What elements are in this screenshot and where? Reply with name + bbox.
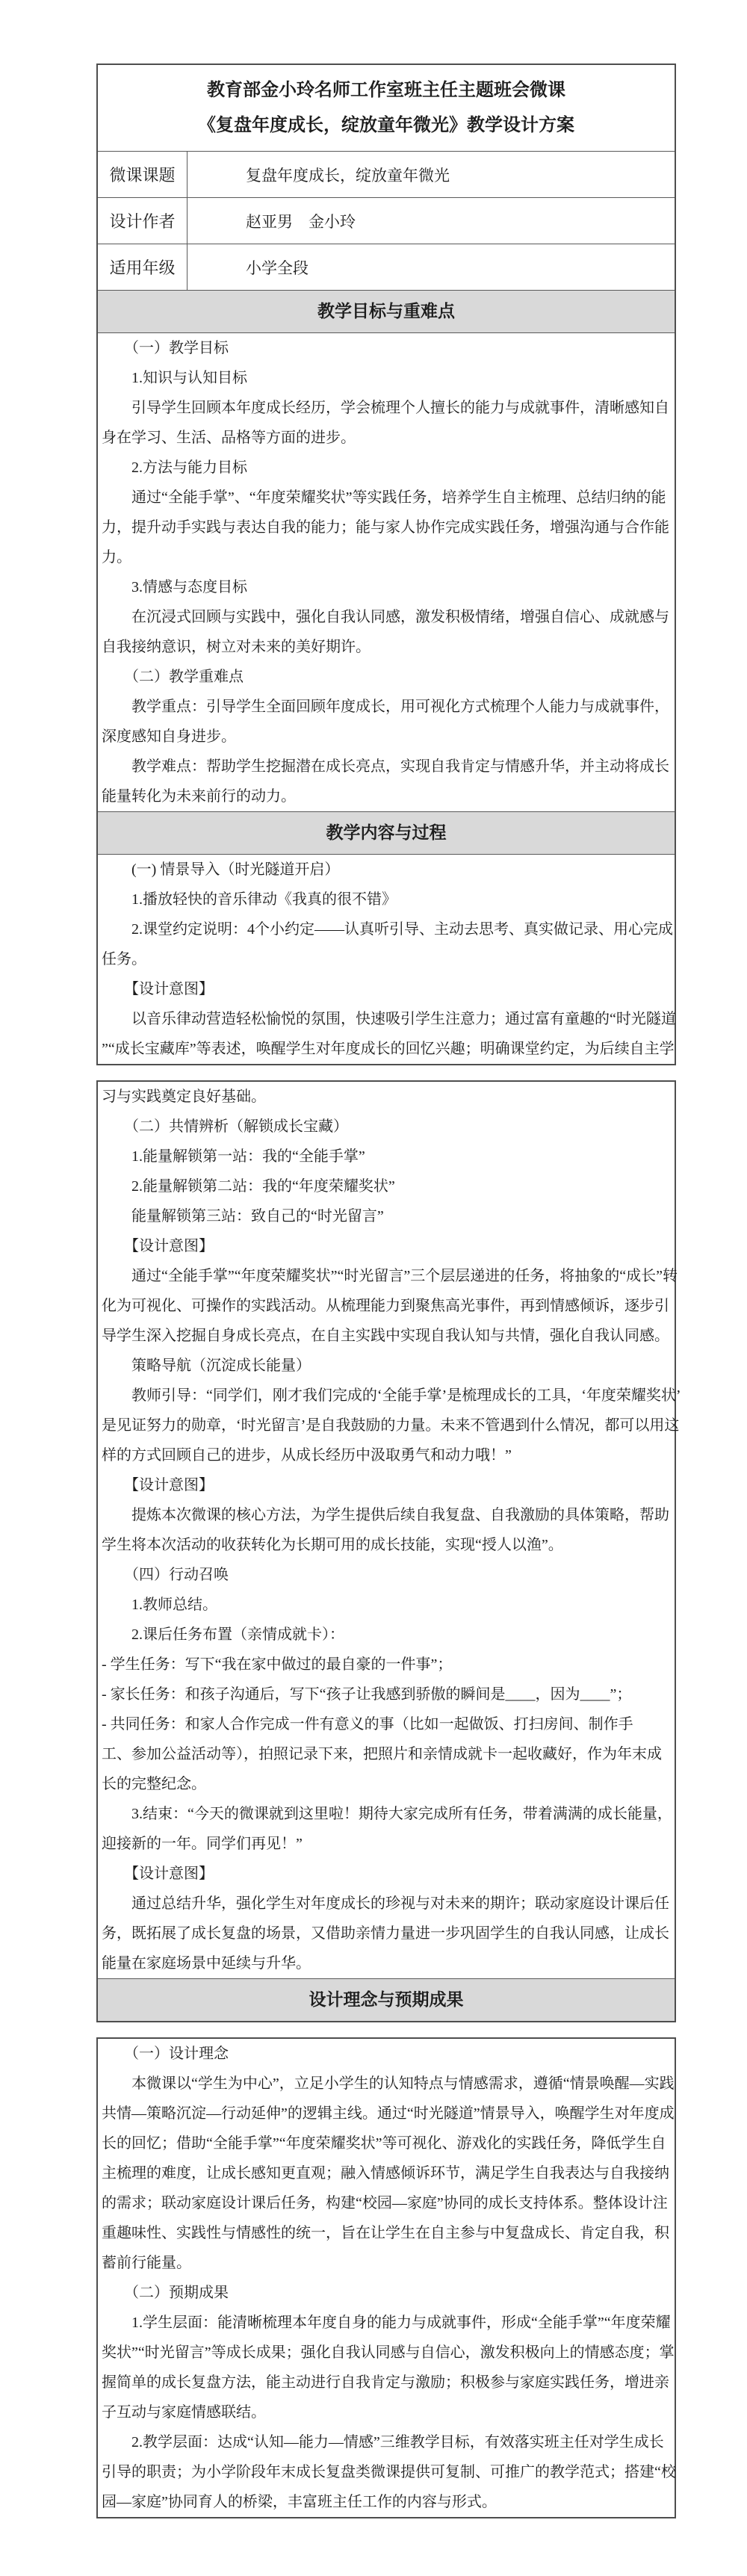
text-line: 园—家庭”协同育人的桥梁，丰富班主任工作的内容与形式。 xyxy=(102,2487,671,2517)
text-line: 长的完整纪念。 xyxy=(102,1769,671,1799)
text-line: 主梳理的难度，让成长感知更直观；融入情感倾诉环节，满足学生自我表达与自我接纳 xyxy=(102,2158,671,2188)
text-line: 在沉浸式回顾与实践中，强化自我认同感，激发积极情绪，增强自信心、成就感与 xyxy=(102,602,671,632)
text-line: 任务。 xyxy=(102,944,671,974)
text-line: 学生将本次活动的收获转化为长期可用的成长技能，实现“授人以渔”。 xyxy=(102,1530,671,1560)
text-line: 【设计意图】 xyxy=(102,1470,671,1500)
info-label-authors: 设计作者 xyxy=(98,198,187,244)
text-line: 引导学生回顾本年度成长经历，学会梳理个人擅长的能力与成就事件，清晰感知自 xyxy=(102,393,671,423)
section-header-process: 教学内容与过程 xyxy=(98,811,675,855)
section-process-body-part2: 习与实践奠定良好基础。 （二）共情辨析（解锁成长宝藏） 1.能量解锁第一站：我的… xyxy=(98,1082,675,1978)
text-line: 奖状”“时光留言”等成长成果；强化自我认同感与自信心，激发积极向上的情感态度；掌 xyxy=(102,2338,671,2368)
text-line: 2.方法与能力目标 xyxy=(102,453,671,483)
text-line: 自我接纳意识，树立对未来的美好期许。 xyxy=(102,632,671,662)
text-line: 1.学生层面：能清晰梳理本年度自身的能力与成就事件，形成“全能手掌”“年度荣耀 xyxy=(102,2308,671,2338)
text-line: 教学重点：引导学生全面回顾年度成长，用可视化方式梳理个人能力与成就事件， xyxy=(102,692,671,722)
text-line: 长的回忆；借助“全能手掌”“年度荣耀奖状”等可视化、游戏化的实践任务，降低学生自 xyxy=(102,2128,671,2158)
text-line: - 家长任务：和孩子沟通后，写下“孩子让我感到骄傲的瞬间是____，因为____… xyxy=(102,1679,671,1709)
text-line: 【设计意图】 xyxy=(102,1859,671,1889)
text-line: 能量转化为未来前行的动力。 xyxy=(102,781,671,811)
text-line: （二）共情辨析（解锁成长宝藏） xyxy=(102,1112,671,1142)
info-row-authors: 设计作者 赵亚男 金小玲 xyxy=(98,197,675,244)
text-line: 的需求；联动家庭设计课后任务，构建“校园—家庭”协同的成长支持体系。整体设计注 xyxy=(102,2188,671,2218)
text-line: 能量解锁第三站：致自己的“时光留言” xyxy=(102,1201,671,1231)
text-line: 以音乐律动营造轻松愉悦的氛围，快速吸引学生注意力；通过富有童趣的“时光隧道 xyxy=(102,1004,671,1034)
text-line: 通过“全能手掌”“年度荣耀奖状”“时光留言”三个层层递进的任务，将抽象的“成长”… xyxy=(102,1261,671,1291)
text-line: 导学生深入挖掘自身成长亮点，在自主实践中实现自我认知与共情，强化自我认同感。 xyxy=(102,1321,671,1351)
text-line: 【设计意图】 xyxy=(102,974,671,1004)
text-line: 1.播放轻快的音乐律动《我真的很不错》 xyxy=(102,885,671,914)
text-line: 【设计意图】 xyxy=(102,1231,671,1261)
text-line: 通过“全能手掌”、“年度荣耀奖状”等实践任务，培养学生自主梳理、总结归纳的能 xyxy=(102,483,671,513)
text-line: - 共同任务：和家人合作完成一件有意义的事（比如一起做饭、打扫房间、制作手 xyxy=(102,1709,671,1739)
text-line: 力。 xyxy=(102,542,671,572)
text-line: （二）教学重难点 xyxy=(102,662,671,692)
title-line-1: 教育部金小玲名师工作室班主任主题班会微课 xyxy=(98,73,675,108)
text-line: 重趣味性、实践性与情感性的统一，旨在让学生在自主参与中复盘成长、肯定自我，积 xyxy=(102,2218,671,2248)
text-line: 共情—策略沉淀—行动延伸”的逻辑主线。通过“时光隧道”情景导入，唤醒学生对年度成 xyxy=(102,2099,671,2128)
text-line: 1.教师总结。 xyxy=(102,1590,671,1620)
text-line: （四）行动召唤 xyxy=(102,1560,671,1590)
text-line: 子互动与家庭情感联结。 xyxy=(102,2397,671,2427)
text-line: 提炼本次微课的核心方法，为学生提供后续自我复盘、自我激励的具体策略，帮助 xyxy=(102,1500,671,1530)
text-line: （一）设计理念 xyxy=(102,2039,671,2069)
text-line: 策略导航（沉淀成长能量） xyxy=(102,1351,671,1381)
text-line: 2.能量解锁第二站：我的“年度荣耀奖状” xyxy=(102,1171,671,1201)
text-line: 化为可视化、可操作的实践活动。从梳理能力到聚焦高光事件，再到情感倾诉，逐步引 xyxy=(102,1291,671,1321)
text-line: 务，既拓展了成长复盘的场景，又借助亲情力量进一步巩固学生的自我认同感，让成长 xyxy=(102,1919,671,1948)
text-line: 深度感知自身进步。 xyxy=(102,722,671,752)
text-line: 是见证努力的勋章，‘时光留言’是自我鼓励的力量。未来不管遇到什么情况，都可以用这 xyxy=(102,1411,671,1440)
document-canvas: 教育部金小玲名师工作室班主任主题班会微课 《复盘年度成长，绽放童年微光》教学设计… xyxy=(0,0,747,2576)
info-row-topic: 微课课题 复盘年度成长，绽放童年微光 xyxy=(98,151,675,197)
section-header-goals: 教学目标与重难点 xyxy=(98,290,675,333)
text-line: 力，提升动手实践与表达自我的能力；能与家人协作完成实践任务，增强沟通与合作能 xyxy=(102,513,671,542)
text-line: 教师引导：“同学们，刚才我们完成的‘全能手掌’是梳理成长的工具，‘年度荣耀奖状’ xyxy=(102,1381,671,1411)
info-label-grade: 适用年级 xyxy=(98,244,187,290)
info-value-topic: 复盘年度成长，绽放童年微光 xyxy=(187,152,675,197)
text-line: 2.教学层面：达成“认知—能力—情感”三维教学目标，有效落实班主任对学生成长 xyxy=(102,2427,671,2457)
text-line: 蓄前行能量。 xyxy=(102,2248,671,2278)
text-line: (一) 情景导入（时光隧道开启） xyxy=(102,855,671,885)
info-row-grade: 适用年级 小学全段 xyxy=(98,244,675,290)
text-line: 通过总结升华，强化学生对年度成长的珍视与对未来的期许；联动家庭设计课后任 xyxy=(102,1889,671,1919)
text-line: 样的方式回顾自己的进步，从成长经历中汲取勇气和动力哦！” xyxy=(102,1440,671,1470)
page-1: 教育部金小玲名师工作室班主任主题班会微课 《复盘年度成长，绽放童年微光》教学设计… xyxy=(96,64,676,1065)
section-process-body-part1: (一) 情景导入（时光隧道开启） 1.播放轻快的音乐律动《我真的很不错》 2.课… xyxy=(98,855,675,1064)
text-line: 3.结束：“今天的微课就到这里啦！期待大家完成所有任务，带着满满的成长能量， xyxy=(102,1799,671,1829)
document-title: 教育部金小玲名师工作室班主任主题班会微课 《复盘年度成长，绽放童年微光》教学设计… xyxy=(98,65,675,151)
text-line: 习与实践奠定良好基础。 xyxy=(102,1082,671,1112)
page-3: （一）设计理念 本微课以“学生为中心”，立足小学生的认知特点与情感需求，遵循“情… xyxy=(96,2037,676,2518)
text-line: 迎接新的一年。同学们再见！” xyxy=(102,1829,671,1859)
text-line: 引导的职责；为小学阶段年末成长复盘类微课提供可复制、可推广的教学范式；搭建“校 xyxy=(102,2457,671,2487)
page-2: 习与实践奠定良好基础。 （二）共情辨析（解锁成长宝藏） 1.能量解锁第一站：我的… xyxy=(96,1080,676,2022)
text-line: ”“成长宝藏库”等表述，唤醒学生对年度成长的回忆兴趣；明确课堂约定，为后续自主学 xyxy=(102,1034,671,1064)
section-header-concept: 设计理念与预期成果 xyxy=(98,1978,675,2021)
text-line: 3.情感与态度目标 xyxy=(102,572,671,602)
info-label-topic: 微课课题 xyxy=(98,152,187,197)
text-line: 握简单的成长复盘方法，能主动进行自我肯定与激励；积极参与家庭实践任务，增进亲 xyxy=(102,2368,671,2397)
title-line-2: 《复盘年度成长，绽放童年微光》教学设计方案 xyxy=(98,108,675,143)
info-value-authors: 赵亚男 金小玲 xyxy=(187,198,675,244)
text-line: （二）预期成果 xyxy=(102,2278,671,2308)
text-line: 工、参加公益活动等），拍照记录下来，把照片和亲情成就卡一起收藏好，作为年末成 xyxy=(102,1739,671,1769)
text-line: 教学难点：帮助学生挖掘潜在成长亮点，实现自我肯定与情感升华，并主动将成长 xyxy=(102,752,671,781)
text-line: 2.课后任务布置（亲情成就卡）： xyxy=(102,1620,671,1650)
text-line: 能量在家庭场景中延续与升华。 xyxy=(102,1948,671,1978)
section-concept-body: （一）设计理念 本微课以“学生为中心”，立足小学生的认知特点与情感需求，遵循“情… xyxy=(98,2039,675,2517)
text-line: 2.课堂约定说明：4个小约定——认真听引导、主动去思考、真实做记录、用心完成 xyxy=(102,914,671,944)
text-line: 1.知识与认知目标 xyxy=(102,363,671,393)
text-line: （一）教学目标 xyxy=(102,333,671,363)
text-line: - 学生任务：写下“我在家中做过的最自豪的一件事”； xyxy=(102,1650,671,1679)
section-goals-body: （一）教学目标 1.知识与认知目标 引导学生回顾本年度成长经历，学会梳理个人擅长… xyxy=(98,333,675,811)
info-value-grade: 小学全段 xyxy=(187,244,675,290)
text-line: 身在学习、生活、品格等方面的进步。 xyxy=(102,423,671,453)
text-line: 1.能量解锁第一站：我的“全能手掌” xyxy=(102,1142,671,1171)
text-line: 本微课以“学生为中心”，立足小学生的认知特点与情感需求，遵循“情景唤醒—实践 xyxy=(102,2069,671,2099)
